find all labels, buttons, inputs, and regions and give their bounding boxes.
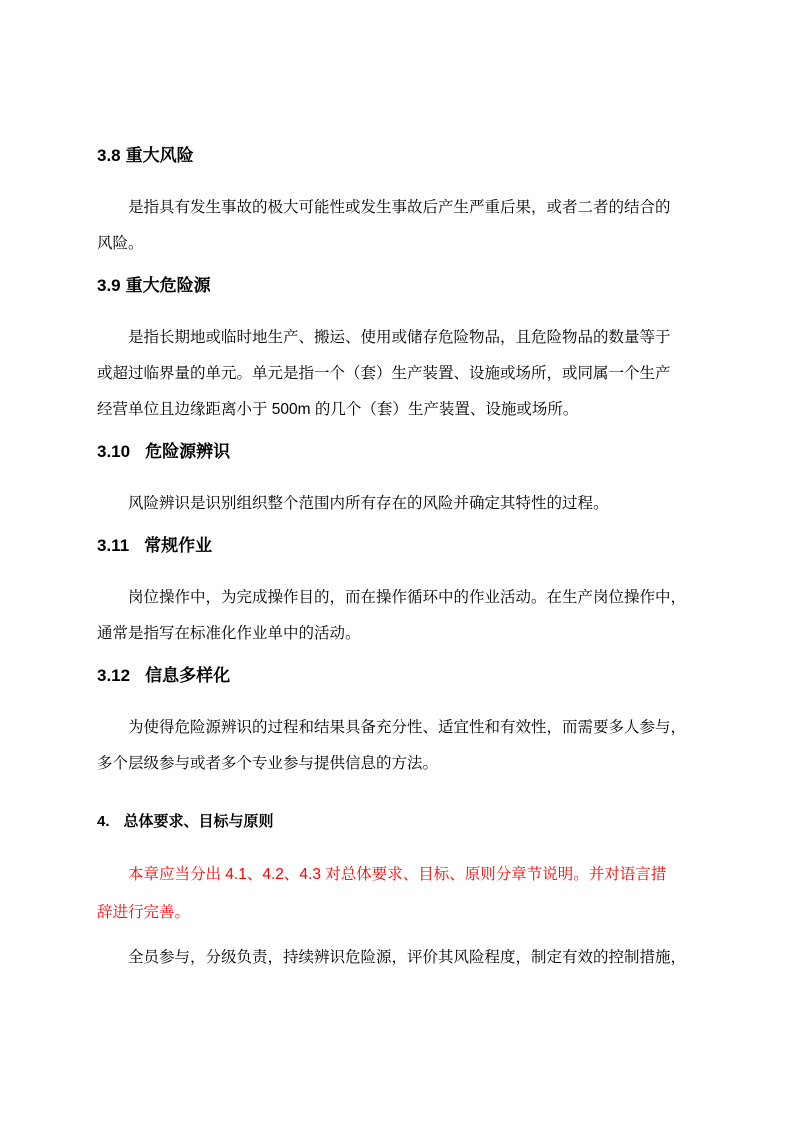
definition-paragraph-3-9: 是指长期地或临时地生产、搬运、使用或储存危险物品，且危险物品的数量等于 或超过临… — [97, 320, 690, 428]
section-number: 3.9 — [97, 276, 121, 295]
section-heading-3-12: 3.12信息多样化 — [97, 664, 690, 688]
section-heading-3-11: 3.11常规作业 — [97, 534, 690, 558]
section-heading-4: 4.总体要求、目标与原则 — [97, 810, 690, 834]
document-page: 3.8重大风险 是指具有发生事故的极大可能性或发生事故后产生严重后果，或者二者的… — [0, 0, 793, 1122]
section-heading-3-10: 3.10危险源辨识 — [97, 440, 690, 464]
section-number: 3.12 — [97, 666, 130, 685]
section-number: 3.8 — [97, 146, 121, 165]
section-title: 总体要求、目标与原则 — [124, 813, 274, 830]
section-title: 重大危险源 — [126, 276, 211, 295]
section-number: 4. — [97, 813, 110, 830]
definition-paragraph-3-11: 岗位操作中，为完成操作目的，而在操作循环中的作业活动。在生产岗位操作中， 通常是… — [97, 580, 690, 652]
section-number: 3.11 — [97, 536, 129, 555]
definition-paragraph-3-12: 为使得危险源辨识的过程和结果具备充分性、适宜性和有效性，而需要多人参与， 多个层… — [97, 710, 690, 782]
section-title: 危险源辨识 — [145, 442, 230, 461]
definition-paragraph-3-10: 风险辨识是识别组织整个范围内所有存在的风险并确定其特性的过程。 — [97, 486, 690, 522]
section-heading-3-8: 3.8重大风险 — [97, 144, 690, 168]
section-number: 3.10 — [97, 442, 130, 461]
section-title: 重大风险 — [126, 146, 194, 165]
section-title: 信息多样化 — [145, 666, 230, 685]
section-title: 常规作业 — [144, 536, 212, 555]
definition-paragraph-3-8: 是指具有发生事故的极大可能性或发生事故后产生严重后果，或者二者的结合的 风险。 — [97, 190, 690, 262]
revision-note-paragraph: 本章应当分出 4.1、4.2、4.3 对总体要求、目标、原则分章节说明。并对语言… — [97, 856, 690, 932]
section-heading-3-9: 3.9重大危险源 — [97, 274, 690, 298]
body-paragraph-4: 全员参与，分级负责，持续辨识危险源，评价其风险程度，制定有效的控制措施， — [97, 940, 690, 976]
